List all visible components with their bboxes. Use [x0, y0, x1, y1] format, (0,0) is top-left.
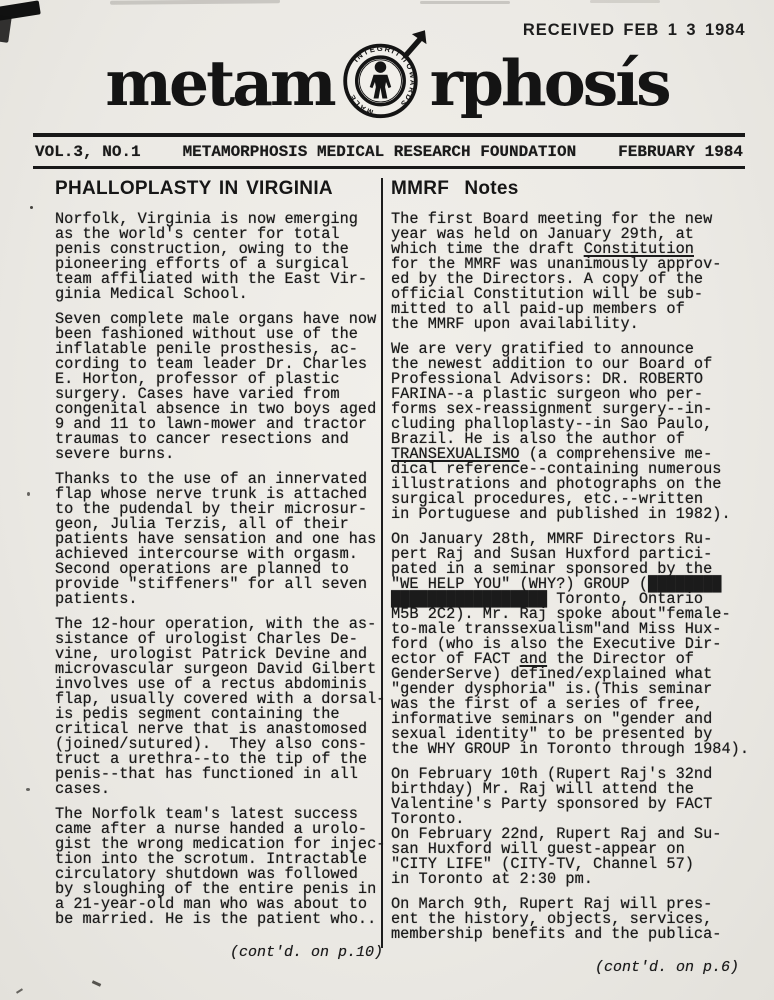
masthead: VOL.3, NO.1 METAMORPHOSIS MEDICAL RESEAR… [33, 133, 745, 169]
paragraph: Seven complete male organs have now been… [55, 312, 385, 462]
scan-smudge [110, 0, 280, 5]
logo-text-left: metam [105, 38, 333, 115]
paragraph: We are very gratified to announce the ne… [391, 342, 753, 522]
continued-note-left: (cont'd. on p.10) [55, 944, 385, 961]
scan-speck [26, 788, 30, 791]
article-body: Norfolk, Virginia is now emerging as the… [55, 212, 385, 927]
organization-name: METAMORPHOSIS MEDICAL RESEARCH FOUNDATIO… [183, 143, 577, 161]
continued-note-right: (cont'd. on p.6) [391, 959, 753, 976]
scan-smudge [420, 1, 510, 4]
paragraph: The Norfolk team's latest success came a… [55, 807, 385, 927]
scan-speck [27, 492, 30, 496]
scan-speck [92, 980, 101, 986]
issue-date: FEBRUARY 1984 [618, 143, 743, 161]
scan-speck [16, 988, 23, 993]
scan-speck [30, 206, 33, 209]
article-body: The first Board meeting for the new year… [391, 212, 753, 942]
left-column: PHALLOPLASTY IN VIRGINIA Norfolk, Virgin… [55, 178, 385, 961]
newsletter-page: RECEIVED FEB 1 3 1984 metam INTEGRITY TO… [0, 0, 774, 1000]
right-column: MMRF Notes The first Board meeting for t… [391, 178, 753, 976]
logo-text-right: rphosís [430, 38, 669, 115]
paragraph: On January 28th, MMRF Directors Ru- pert… [391, 532, 753, 757]
paragraph: The first Board meeting for the new year… [391, 212, 753, 332]
scan-smudge [590, 0, 660, 3]
paragraph: On February 10th (Rupert Raj's 32nd birt… [391, 767, 753, 887]
paragraph: The 12-hour operation, with the as- sist… [55, 617, 385, 797]
male-symbol-emblem-icon: INTEGRITY TOWARDS MALE [336, 23, 428, 125]
article-heading-phalloplasty: PHALLOPLASTY IN VIRGINIA [55, 178, 385, 200]
paragraph: Norfolk, Virginia is now emerging as the… [55, 212, 385, 302]
newsletter-logo: metam INTEGRITY TOWARDS MALE [0, 26, 774, 126]
volume-number: VOL.3, NO.1 [35, 143, 141, 161]
article-heading-mmrf-notes: MMRF Notes [391, 178, 753, 200]
paragraph: On March 9th, Rupert Raj will pres- ent … [391, 897, 753, 942]
paragraph: Thanks to the use of an innervated flap … [55, 472, 385, 607]
